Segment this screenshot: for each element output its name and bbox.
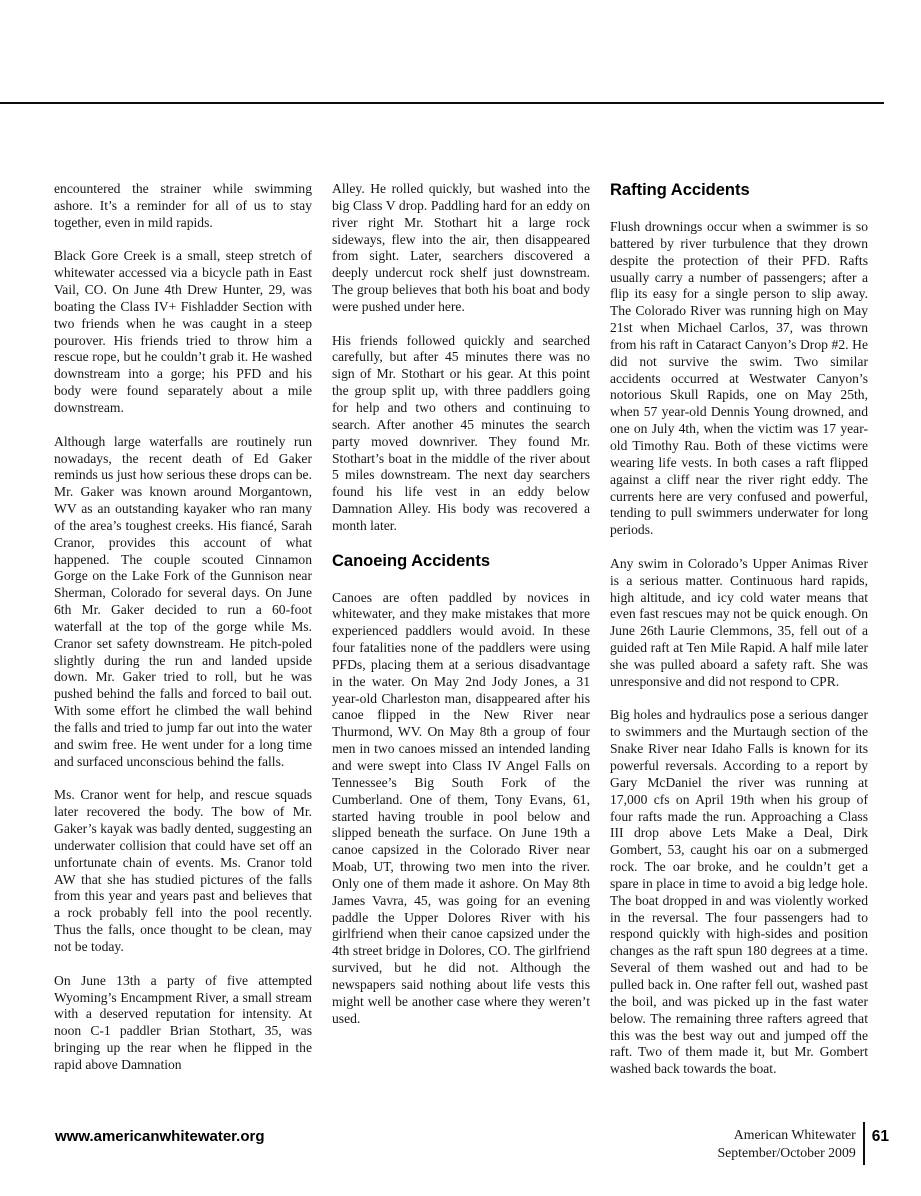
body-paragraph: His friends followed quickly and searche… xyxy=(332,333,590,535)
body-paragraph: Although large waterfalls are routinely … xyxy=(54,434,312,771)
body-paragraph: Black Gore Creek is a small, steep stret… xyxy=(54,248,312,416)
magazine-page: encountered the strainer while swimming … xyxy=(0,0,921,1196)
body-paragraph: On June 13th a party of five attempted W… xyxy=(54,973,312,1074)
body-paragraph: Flush drownings occur when a swimmer is … xyxy=(610,219,868,539)
header-rule xyxy=(0,102,884,104)
body-paragraph: Alley. He rolled quickly, but washed int… xyxy=(332,181,590,316)
body-paragraph: Big holes and hydraulics pose a serious … xyxy=(610,707,868,1078)
footer-page-number: 61 xyxy=(872,1122,889,1146)
footer-website-url: www.americanwhitewater.org xyxy=(55,1128,265,1145)
body-paragraph: Any swim in Colorado’s Upper Animas Rive… xyxy=(610,556,868,691)
footer-publication-name: American Whitewater xyxy=(717,1126,855,1144)
text-column-2: Alley. He rolled quickly, but washed int… xyxy=(332,181,590,1078)
footer-publication-block: American Whitewater September/October 20… xyxy=(717,1122,889,1165)
body-paragraph: encountered the strainer while swimming … xyxy=(54,181,312,232)
footer-divider xyxy=(863,1122,865,1165)
text-column-3: Rafting Accidents Flush drownings occur … xyxy=(610,181,868,1078)
body-paragraph: Ms. Cranor went for help, and rescue squ… xyxy=(54,787,312,955)
article-columns: encountered the strainer while swimming … xyxy=(54,181,868,1078)
footer-publication-info: American Whitewater September/October 20… xyxy=(717,1122,855,1161)
body-paragraph: Canoes are often paddled by novices in w… xyxy=(332,590,590,1028)
text-column-1: encountered the strainer while swimming … xyxy=(54,181,312,1078)
footer-issue-date: September/October 2009 xyxy=(717,1144,855,1162)
section-heading-canoeing: Canoeing Accidents xyxy=(332,552,590,571)
section-heading-rafting: Rafting Accidents xyxy=(610,181,868,200)
